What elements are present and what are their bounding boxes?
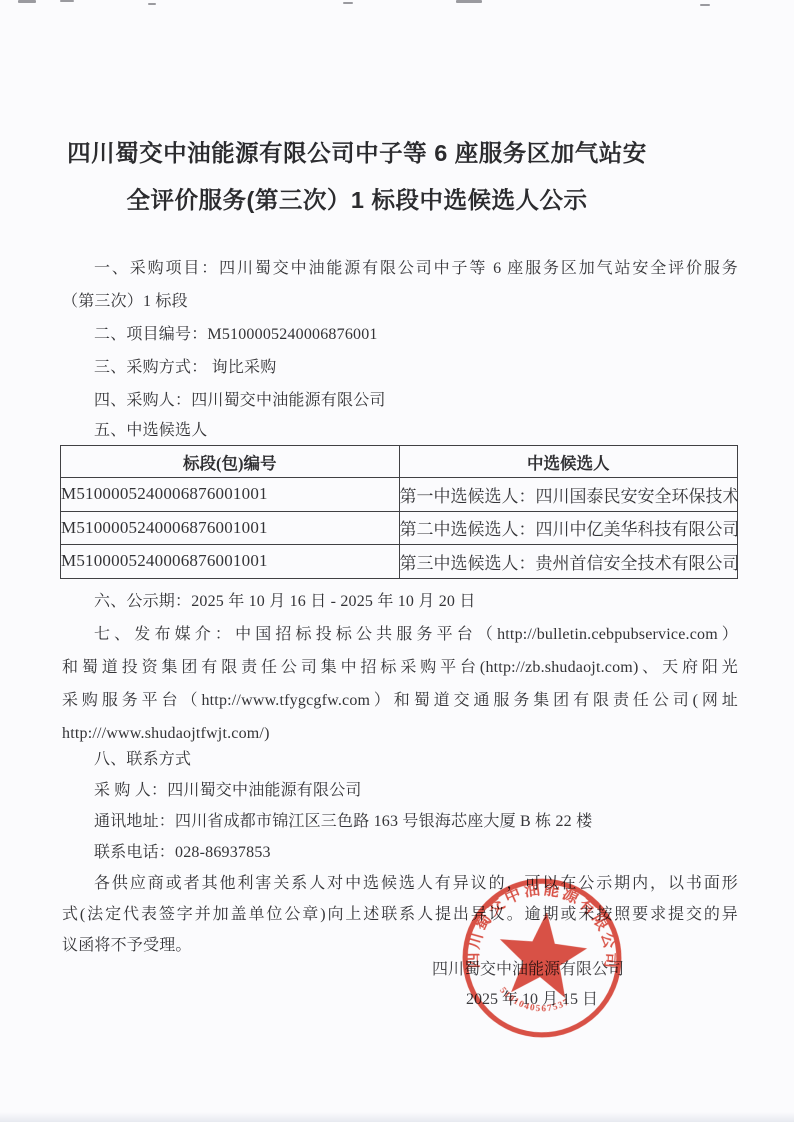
contact-buyer: 采 购 人：四川蜀交中油能源有限公司 <box>62 775 738 806</box>
document-title-line-2: 全评价服务(第三次）1 标段中选候选人公示 <box>19 177 695 224</box>
section-procurement-project: 一、采购项目：四川蜀交中油能源有限公司中子等 6 座服务区加气站安全评价服务 （… <box>62 252 738 318</box>
document-title: 四川蜀交中油能源有限公司中子等 6 座服务区加气站安 全评价服务(第三次）1 标… <box>19 130 695 224</box>
document-body: 一、采购项目：四川蜀交中油能源有限公司中子等 6 座服务区加气站安全评价服务 （… <box>62 252 738 961</box>
table-row: M5100005240006876001001 第三中选候选人：贵州首信安全技术… <box>61 545 738 579</box>
document-title-line-1: 四川蜀交中油能源有限公司中子等 6 座服务区加气站安 <box>19 130 695 177</box>
bid-package-code-cell: M5100005240006876001001 <box>61 511 400 545</box>
bottom-scan-shade <box>0 1112 794 1122</box>
document-content: 四川蜀交中油能源有限公司中子等 6 座服务区加气站安 全评价服务(第三次）1 标… <box>62 0 738 961</box>
publishing-media-line-3: 采购服务平台（http://www.tfygcgfw.com）和蜀道交通服务集团… <box>62 684 738 717</box>
section-procurement-method: 三、采购方式： 询比采购 <box>62 351 738 384</box>
section-project-number: 二、项目编号：M5100005240006876001 <box>62 318 738 351</box>
table-row: M5100005240006876001001 第二中选候选人：四川中亿美华科技… <box>61 511 738 545</box>
bid-package-code-cell: M5100005240006876001001 <box>61 545 400 579</box>
signature-company: 四川蜀交中油能源有限公司 <box>432 955 632 985</box>
table-row: M5100005240006876001001 第一中选候选人：四川国泰民安安全… <box>61 478 738 512</box>
bid-package-code-cell: M5100005240006876001001 <box>61 478 400 512</box>
section-candidates-heading: 五、中选候选人 <box>62 417 738 445</box>
candidate-cell: 第三中选候选人：贵州首信安全技术有限公司 <box>399 545 738 579</box>
scanned-announcement-page: 四川蜀交中油能源有限公司中子等 6 座服务区加气站安 全评价服务(第三次）1 标… <box>0 0 794 1122</box>
section-purchaser: 四、采购人：四川蜀交中油能源有限公司 <box>62 384 738 417</box>
contact-heading: 八、联系方式 <box>62 744 738 775</box>
procurement-project-line-1: 一、采购项目：四川蜀交中油能源有限公司中子等 6 座服务区加气站安全评价服务 <box>62 252 738 285</box>
section-objection-notice: 各供应商或者其他利害关系人对中选候选人有异议的，可以在公示期内，以书面形 式(法… <box>62 868 738 961</box>
signature-date: 2025 年 10 月 15 日 <box>432 985 632 1015</box>
section-publicity-period: 六、公示期：2025 年 10 月 16 日 - 2025 年 10 月 20 … <box>62 585 738 618</box>
publishing-media-line-1: 七、发布媒介：中国招标投标公共服务平台（http://bulletin.cebp… <box>62 618 738 651</box>
objection-line-3: 议函将不予受理。 <box>62 930 738 961</box>
objection-line-2: 式(法定代表签字并加盖单位公章)向上述联系人提出异议。逾期或未按照要求提交的异 <box>62 899 738 930</box>
objection-line-1: 各供应商或者其他利害关系人对中选候选人有异议的，可以在公示期内，以书面形 <box>62 868 738 899</box>
procurement-project-line-2: （第三次）1 标段 <box>62 285 738 318</box>
candidate-cell: 第二中选候选人：四川中亿美华科技有限公司 <box>399 511 738 545</box>
scan-speck <box>18 0 36 3</box>
candidates-table: 标段(包)编号 中选候选人 M5100005240006876001001 第一… <box>60 445 738 579</box>
table-header-row: 标段(包)编号 中选候选人 <box>61 446 738 478</box>
contact-phone: 联系电话：028-86937853 <box>62 837 738 868</box>
candidate-cell: 第一中选候选人：四川国泰民安安全环保技术服务有限公司 <box>399 478 738 512</box>
signature-block: 四川蜀交中油能源有限公司 2025 年 10 月 15 日 <box>432 955 632 1015</box>
section-publishing-media: 七、发布媒介：中国招标投标公共服务平台（http://bulletin.cebp… <box>62 618 738 750</box>
section-contact: 八、联系方式 采 购 人：四川蜀交中油能源有限公司 通讯地址：四川省成都市锦江区… <box>62 744 738 868</box>
publishing-media-line-2: 和蜀道投资集团有限责任公司集中招标采购平台(http://zb.shudaojt… <box>62 651 738 684</box>
header-selected-candidate: 中选候选人 <box>399 446 738 478</box>
contact-address: 通讯地址：四川省成都市锦江区三色路 163 号银海芯座大厦 B 栋 22 楼 <box>62 806 738 837</box>
header-bid-package-code: 标段(包)编号 <box>61 446 400 478</box>
